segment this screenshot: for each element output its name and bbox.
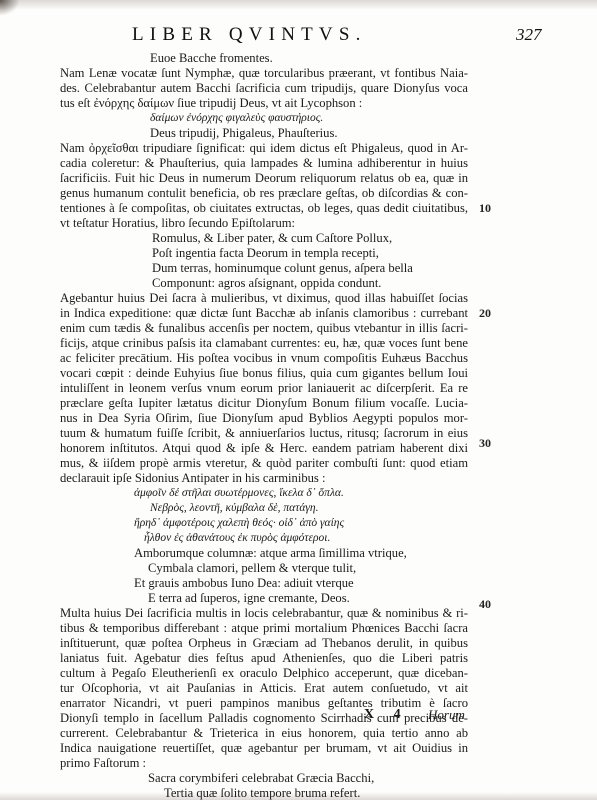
text-line: enim cum tædis & funalibus accenſis per … [60,321,468,336]
verse-line: ἥρηδ᾽ ἀμφοτέροις χαλεπὴ θεός· οἰδ᾽ ἀπὸ γ… [60,516,468,531]
text-line: Indica nauigatione reuertiſſet, quæ ageb… [60,741,468,756]
signature-mark: X 4 [364,707,409,723]
verse-line: E terra ad ſuperos, igne cremante, Deos. [60,591,468,606]
verse-line: Et grauis ambobus Iuno Dea: adiuit vterq… [60,576,468,591]
verse-line: Componunt: agros aſsignant, oppida condu… [60,276,468,291]
verse-line: Νεβρὸς, λεοντῆ, κύμβαλα δὲ, πατάγη. [60,501,468,516]
text-line: Nam Lenæ vocatæ ſunt Nymphæ, quæ torcula… [60,66,468,81]
text-line: cadia coleretur: & Phauſterius, quia lam… [60,156,468,171]
text-line: tibus & temporibus differebant : atque p… [60,621,468,636]
text-line: tus eſt ἐνόρχης δαίμων ſiue tripudij Deu… [60,96,468,111]
text-line: des. Celebrabantur autem Bacchi ſacrific… [60,81,468,96]
page-footer: X 4 Horum [0,707,597,725]
text-line: ac feliciter precātium. His poſtea vocib… [60,351,468,366]
text-line: cultum à Pegaſo Eleutherienſi ex oraculo… [60,666,468,681]
page-edge-shadow-top [0,0,597,10]
margin-line-number: 30 [479,436,491,451]
text-line: laniatus fuit. Agebatur dies feſtus apud… [60,651,468,666]
text-line: tuum & humatum fuiſſe ſcribit, & anniuer… [60,426,468,441]
body-text: Euoe Bacche fromentes.Nam Lenæ vocatæ ſu… [60,51,468,800]
verse-line: δαίμων ἐνόρχης φιγαλεὺς φαυστήριος. [60,111,468,126]
text-line: inſtituerunt, quæ poſtea Orpheus in Græc… [60,636,468,651]
text-line: mus, & iiſdem propè armis vteretur, & qu… [60,456,468,471]
verse-line: Amborumque columnæ: atque arma ſimillima… [60,546,468,561]
text-line: tur Oſcophoria, vt ait Pauſanias in Atti… [60,681,468,696]
verse-line: Tertia quæ ſolito tempore bruma refert. [60,786,468,800]
text-line: Multa huius Dei ſacrificia multis in loc… [60,606,468,621]
text-line: Nam ὀρχεῖσθαι tripudiare ſignificat: qui… [60,141,468,156]
text-line: ficijs, atque crinibus paſsis ita clamab… [60,336,468,351]
text-line: intuliſſent in leonem verſus vnum eorum … [60,381,468,396]
verse-line: Deus tripudij, Phigaleus, Phauſterius. [60,126,468,141]
text-line: currerent. Celebrabantur & Trieterica in… [60,726,468,741]
margin-line-number: 10 [479,201,491,216]
text-line: primo Faſtorum : [60,756,468,771]
text-line: in Indica expeditione: quæ dictæ ſunt Ba… [60,306,468,321]
margin-line-number: 40 [479,597,491,612]
text-line: tentiones à ſe compoſitas, ob ciuitates … [60,201,468,216]
text-line: genus humanum contulit beneficia, ob res… [60,186,468,201]
text-line: ſacrificiis. Fuit hic Deus in numerum De… [60,171,468,186]
text-line: præclare geſta Iupiter lætatus dicitur D… [60,396,468,411]
verse-line: Cymbala clamori, pellem & vterque tulit, [60,561,468,576]
catchword: Horum [428,707,465,723]
verse-line: Sacra corymbiferi celebrabat Græcia Bacc… [60,771,468,786]
text-line: vocari cœpit : deinde Euhyius ſiue bonus… [60,366,468,381]
verse-line: ἀμφοῖν δέ στῆλαι συωτέρμονες, ἴκελα δ᾽ ὅ… [60,486,468,501]
page-number: 327 [516,25,542,45]
verse-line: Romulus, & Liber pater, & cum Caſtore Po… [60,231,468,246]
verse-line: Poſt ingentia facta Deorum in templa rec… [60,246,468,261]
verse-line: ἦλθον ἐς ἀθανάτους ἐκ πυρὸς ἀμφότεροι. [60,531,468,546]
margin-line-number: 20 [479,306,491,321]
running-title: LIBER QVINTVS. [132,24,367,46]
text-line: vt teſtatur Horatius, libro ſecundo Epiſ… [60,216,468,231]
text-line: nus in Dea Syria Oſirim, ſiue Dionyſum a… [60,411,468,426]
text-line: Agebantur huius Dei ſacra à mulieribus, … [60,291,468,306]
text-line: honorem inſtitutos. Atqui quod & ipſe & … [60,441,468,456]
page-corner-shadow [0,0,20,16]
verse-line: Euoe Bacche fromentes. [60,51,468,66]
page-header: LIBER QVINTVS. 327 [0,24,597,48]
text-line: declarauit ipſe Sidonius Antipater in hi… [60,471,468,486]
verse-line: Dum terras, hominumque colunt genus, aſp… [60,261,468,276]
